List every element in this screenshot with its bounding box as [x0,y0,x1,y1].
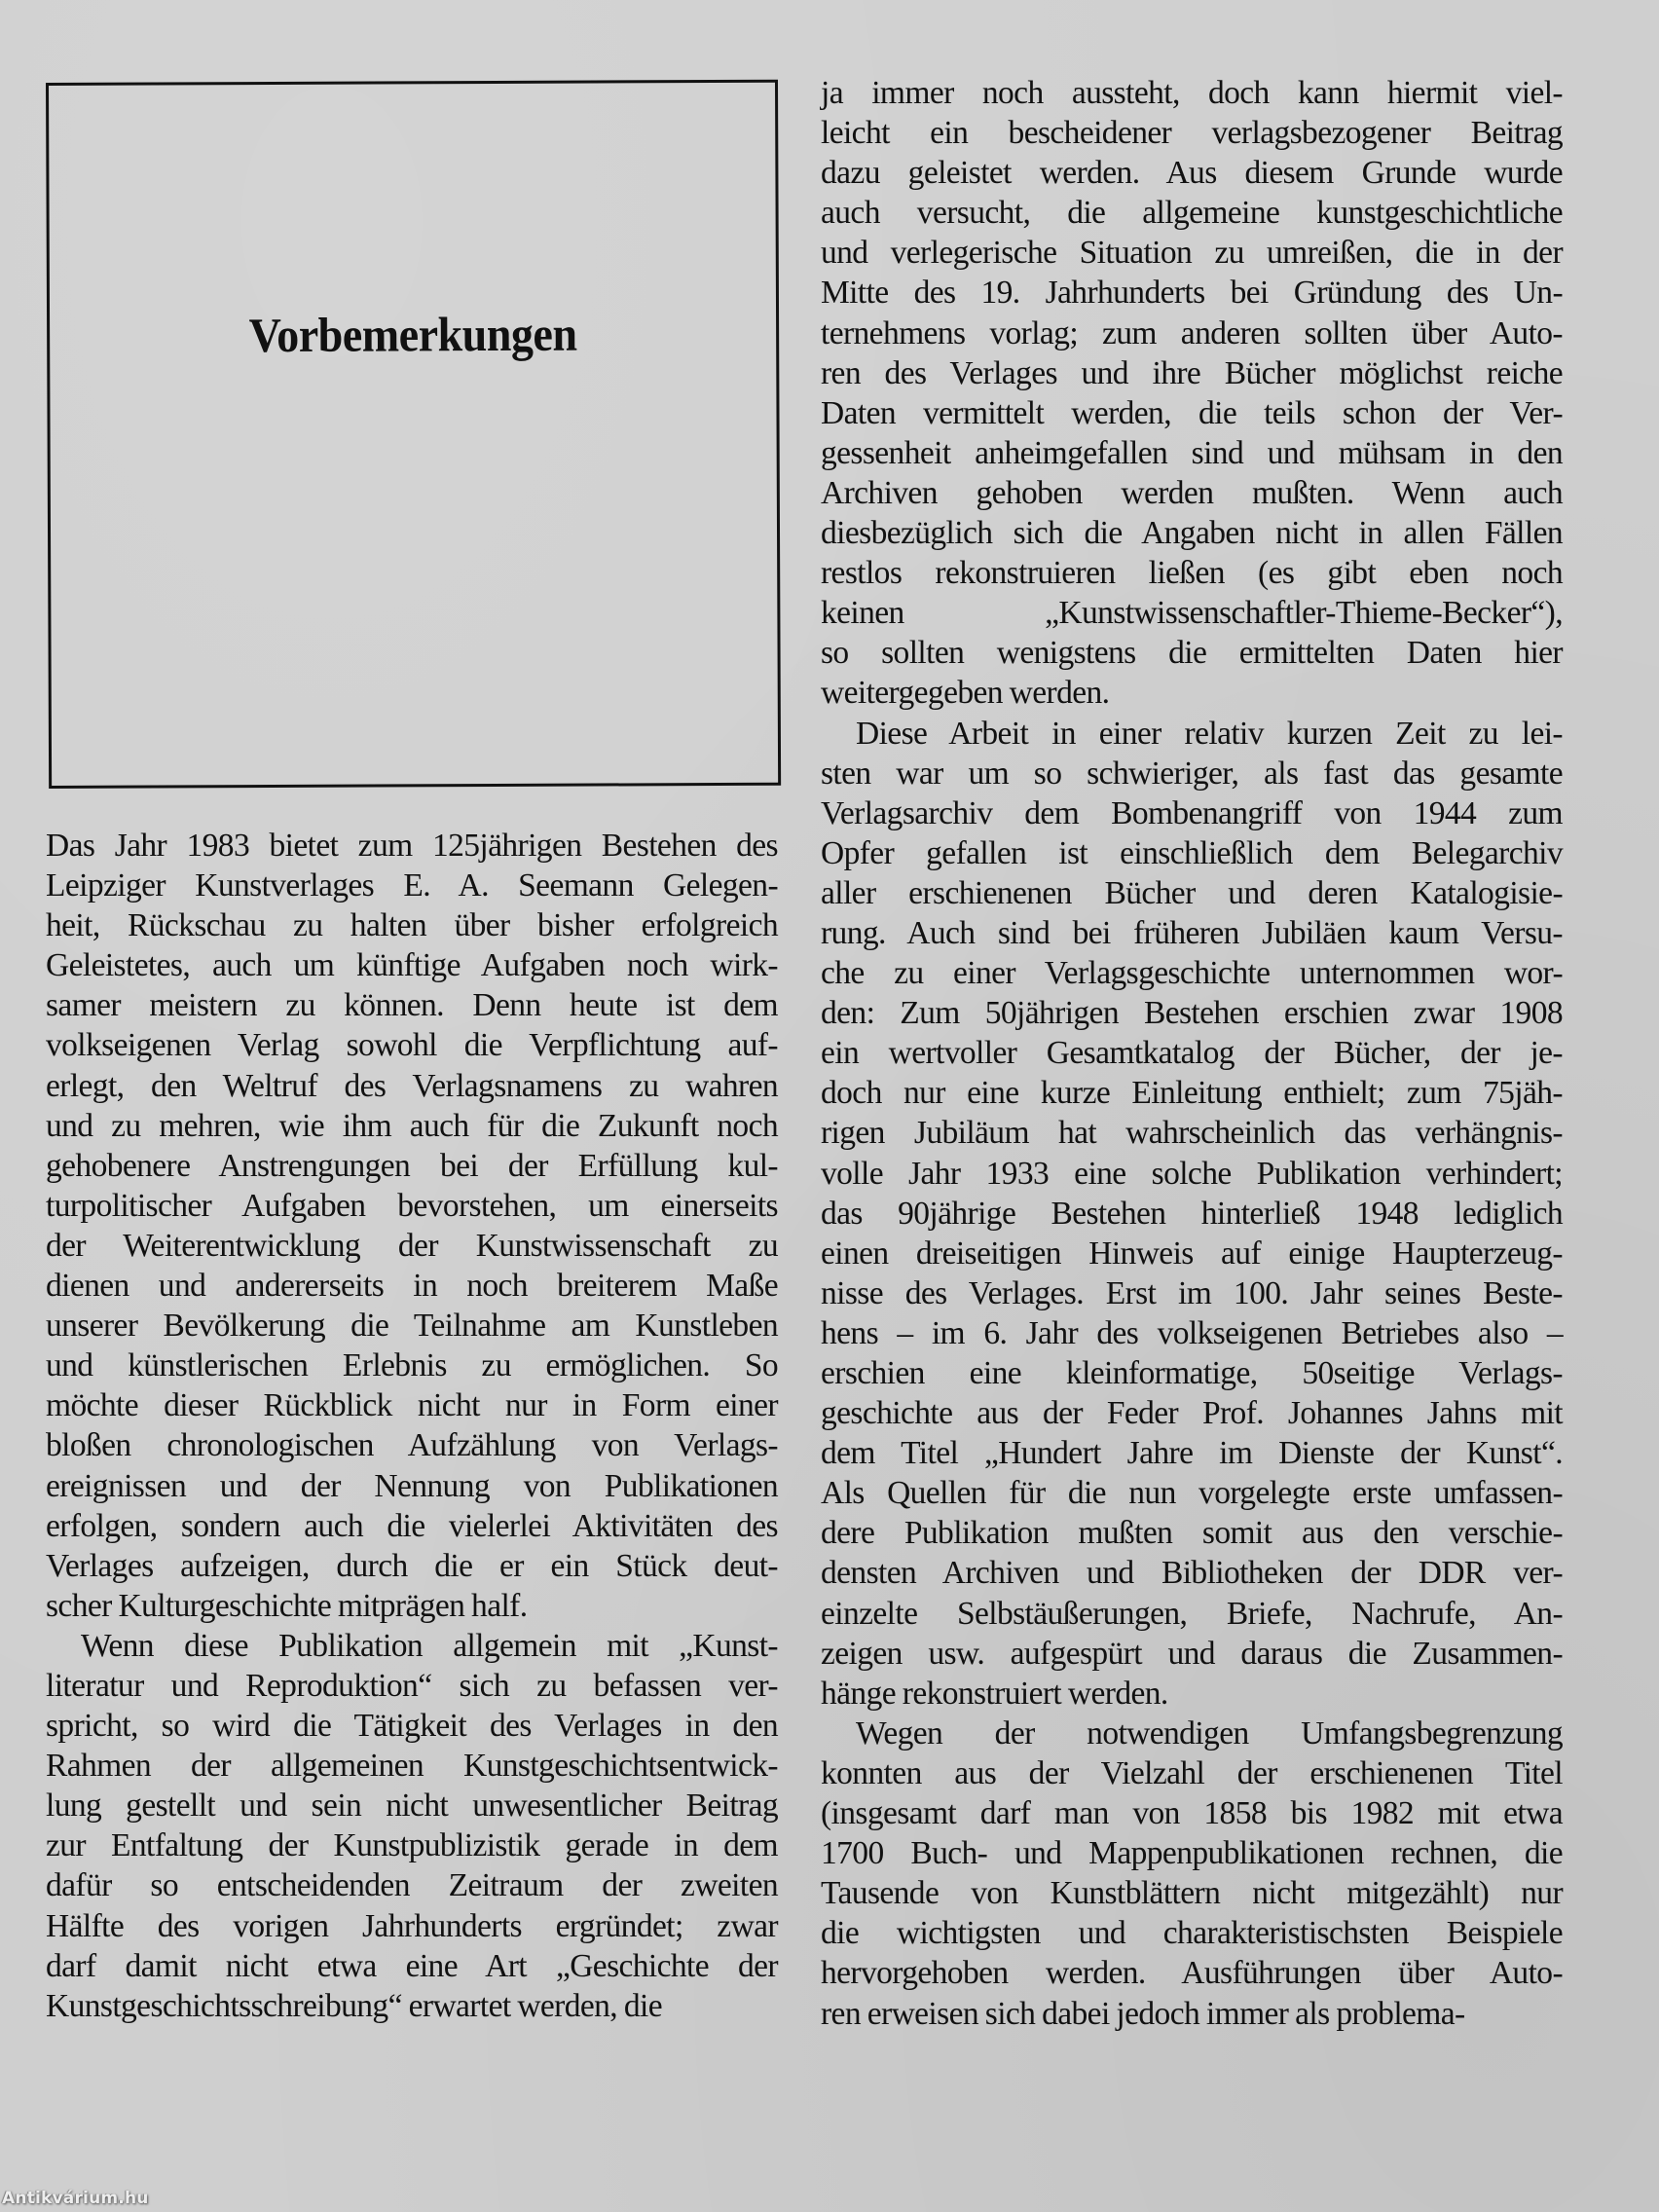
paragraph: ja immer noch aussteht, doch kann hiermi… [821,73,1563,714]
text-line: lung gestellt und sein nicht unwesentlic… [46,1786,778,1825]
text-line: sten war um so schwieriger, als fast das… [821,754,1563,793]
text-line: Tausende von Kunstblättern nicht mitgezä… [821,1873,1563,1913]
text-line: Opfer gefallen ist einschließlich dem Be… [821,833,1563,873]
text-line: einen dreiseitigen Hinweis auf einige Ha… [821,1234,1563,1273]
text-line: che zu einer Verlagsgeschichte unternomm… [821,953,1563,993]
text-line: erlegt, den Weltruf des Verlagsnamens zu… [46,1066,778,1106]
text-line: keinen „Kunstwissenschaftler-Thieme-Beck… [821,593,1563,633]
text-line: turpolitischer Aufgaben bevorstehen, um … [46,1186,778,1226]
page-title: Vorbemerkungen [79,305,748,364]
paragraph: Wegen der notwendigen Umfangsbegrenzungk… [821,1714,1563,2034]
text-line: dienen und andererseits in noch breitere… [46,1266,778,1306]
text-line: geschichte aus der Feder Prof. Johannes … [821,1393,1563,1433]
paragraph: Diese Arbeit in einer relativ kurzen Zei… [821,714,1563,1714]
watermark: Antikvárium.hu [2,2189,149,2208]
text-line: konnten aus der Vielzahl der erschienene… [821,1753,1563,1793]
text-line: erschien eine kleinformatige, 50seitige … [821,1353,1563,1393]
text-line: Hälfte des vorigen Jahrhunderts ergründe… [46,1906,778,1946]
text-line: heit, Rückschau zu halten über bisher er… [46,905,778,945]
text-line: ren erweisen sich dabei jedoch immer als… [821,1994,1563,2034]
text-line: ereignissen und der Nennung von Publikat… [46,1466,778,1506]
text-line: dem Titel „Hundert Jahre im Dienste der … [821,1433,1563,1473]
text-line: 1700 Buch- und Mappenpublikationen rechn… [821,1833,1563,1873]
text-line: einzelte Selbstäußerungen, Briefe, Nachr… [821,1594,1563,1634]
text-line: gehobenere Anstrengungen bei der Erfüllu… [46,1146,778,1186]
text-line: erfolgen, sondern auch die vielerlei Akt… [46,1506,778,1546]
text-line: samer meistern zu können. Denn heute ist… [46,985,778,1025]
text-line: ja immer noch aussteht, doch kann hiermi… [821,73,1563,113]
text-line: volkseigenen Verlag sowohl die Verpflich… [46,1025,778,1065]
text-line: und zu mehren, wie ihm auch für die Zuku… [46,1106,778,1146]
text-line: unserer Bevölkerung die Teilnahme am Kun… [46,1306,778,1346]
text-line: dazu geleistet werden. Aus diesem Grunde… [821,153,1563,193]
text-line: Als Quellen für die nun vorgelegte erste… [821,1473,1563,1513]
text-line: hänge rekonstruiert werden. [821,1674,1563,1714]
text-line: dafür so entscheidenden Zeitraum der zwe… [46,1865,778,1905]
text-line: zeigen usw. aufgespürt und daraus die Zu… [821,1634,1563,1674]
text-line: Wenn diese Publikation allgemein mit „Ku… [46,1626,778,1666]
text-line: restlos rekonstruieren ließen (es gibt e… [821,553,1563,593]
text-line: scher Kulturgeschichte mitprägen half. [46,1586,778,1626]
text-line: Rahmen der allgemeinen Kunstgeschichtsen… [46,1746,778,1786]
text-line: den: Zum 50jährigen Bestehen erschien zw… [821,993,1563,1033]
text-line: so sollten wenigstens die ermittelten Da… [821,633,1563,673]
right-column: ja immer noch aussteht, doch kann hiermi… [821,73,1563,2034]
text-line: der Weiterentwicklung der Kunstwissensch… [46,1226,778,1266]
text-line: und künstlerischen Erlebnis zu ermöglich… [46,1346,778,1385]
text-line: darf damit nicht etwa eine Art „Geschich… [46,1946,778,1986]
text-line: diesbezüglich sich die Angaben nicht in … [821,513,1563,553]
text-line: Daten vermittelt werden, die teils schon… [821,393,1563,433]
text-line: bloßen chronologischen Aufzählung von Ve… [46,1425,778,1465]
text-line: Das Jahr 1983 bietet zum 125jährigen Bes… [46,826,778,866]
text-line: ternehmens vorlag; zum anderen sollten ü… [821,313,1563,353]
text-line: gessenheit anheimgefallen sind und mühsa… [821,433,1563,473]
text-line: die wichtigsten und charakteristischsten… [821,1913,1563,1953]
text-line: möchte dieser Rückblick nicht nur in For… [46,1385,778,1425]
text-line: doch nur eine kurze Einleitung enthielt;… [821,1073,1563,1113]
text-line: Diese Arbeit in einer relativ kurzen Zei… [821,714,1563,754]
text-line: ein wertvoller Gesamtkatalog der Bücher,… [821,1033,1563,1073]
text-line: das 90jährige Bestehen hinterließ 1948 l… [821,1194,1563,1234]
text-line: hervorgehoben werden. Ausführungen über … [821,1953,1563,1993]
text-line: Verlagsarchiv dem Bombenangriff von 1944… [821,793,1563,833]
text-line: Leipziger Kunstverlages E. A. Seemann Ge… [46,866,778,905]
text-line: auch versucht, die allgemeine kunstgesch… [821,193,1563,233]
text-line: (insgesamt darf man von 1858 bis 1982 mi… [821,1793,1563,1833]
text-line: literatur und Reproduktion“ sich zu befa… [46,1666,778,1706]
text-line: dere Publikation mußten somit aus den ve… [821,1513,1563,1553]
text-line: Archiven gehoben werden mußten. Wenn auc… [821,473,1563,513]
left-column: Das Jahr 1983 bietet zum 125jährigen Bes… [46,826,778,2026]
text-line: weitergegeben werden. [821,673,1563,713]
text-line: Kunstgeschichtsschreibung“ erwartet werd… [46,1986,778,2026]
paragraph: Wenn diese Publikation allgemein mit „Ku… [46,1626,778,2026]
text-line: nisse des Verlages. Erst im 100. Jahr se… [821,1273,1563,1313]
text-line: und verlegerische Situation zu umreißen,… [821,233,1563,273]
text-line: leicht ein bescheidener verlagsbezogener… [821,113,1563,153]
text-line: hens – im 6. Jahr des volkseigenen Betri… [821,1313,1563,1353]
text-line: zur Entfaltung der Kunstpublizistik gera… [46,1825,778,1865]
text-line: Wegen der notwendigen Umfangsbegrenzung [821,1714,1563,1753]
text-line: Geleistetes, auch um künftige Aufgaben n… [46,945,778,985]
text-line: Verlages aufzeigen, durch die er ein Stü… [46,1546,778,1586]
text-line: ren des Verlages und ihre Bücher möglich… [821,353,1563,393]
paragraph: Das Jahr 1983 bietet zum 125jährigen Bes… [46,826,778,1626]
text-line: volle Jahr 1933 eine solche Publikation … [821,1154,1563,1194]
title-box: Vorbemerkungen [46,80,781,789]
text-line: aller erschienenen Bücher und deren Kata… [821,873,1563,913]
text-line: spricht, so wird die Tätigkeit des Verla… [46,1706,778,1746]
text-line: Mitte des 19. Jahrhunderts bei Gründung … [821,273,1563,313]
text-line: rung. Auch sind bei früheren Jubiläen ka… [821,913,1563,953]
text-line: densten Archiven und Bibliotheken der DD… [821,1553,1563,1593]
text-line: rigen Jubiläum hat wahrscheinlich das ve… [821,1113,1563,1153]
